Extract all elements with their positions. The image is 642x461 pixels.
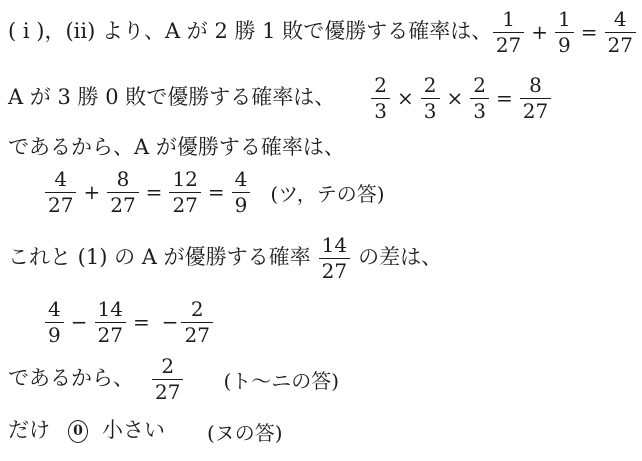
fraction-numerator: 12 — [169, 168, 200, 192]
fraction-denominator: 27 — [95, 322, 126, 347]
fraction-2-3: 2 3 — [470, 74, 489, 123]
circled-zero-choice-symbol: 0 — [68, 420, 88, 443]
fraction-4-9: 4 9 — [45, 298, 64, 347]
math-solution-document: ( i )，(ii) より、A が 2 勝 1 敗で優勝する確率は、 1 27 … — [0, 0, 642, 461]
solution-line-7: であるから、 2 27 (ト～ニの答) — [8, 352, 339, 406]
fraction-numerator: 2 — [470, 74, 489, 98]
line2-text: A が 3 勝 0 敗で優勝する確率は、 — [8, 84, 335, 111]
fraction-numerator: 2 — [188, 298, 207, 322]
fraction-1-27: 1 27 — [493, 8, 524, 57]
fraction-denominator: 27 — [181, 322, 212, 347]
fraction-numerator: 14 — [95, 298, 126, 322]
fraction-numerator: 1 — [499, 8, 518, 32]
fraction-numerator: 8 — [526, 74, 545, 98]
fraction-denominator: 27 — [493, 32, 524, 57]
line1-text: ( i )，(ii) より、A が 2 勝 1 敗で優勝する確率は、 — [8, 18, 492, 45]
fraction-denominator: 9 — [232, 192, 251, 217]
equals-operator: = — [581, 20, 598, 44]
line8-text-after: 小さい — [102, 417, 165, 444]
fraction-14-27: 14 27 — [319, 234, 350, 283]
fraction-numerator: 2 — [421, 74, 440, 98]
fraction-1-9: 1 9 — [555, 8, 574, 57]
fraction-2-27: 2 27 — [181, 298, 212, 347]
solution-line-3: であるから、A が優勝する確率は、 — [8, 132, 345, 164]
fraction-numerator: 2 — [158, 355, 177, 379]
fraction-4-27: 4 27 — [605, 8, 636, 57]
answer-note-nu: (ヌの答) — [207, 417, 283, 446]
fraction-numerator: 4 — [611, 8, 630, 32]
line7-fraction: 2 27 — [152, 355, 183, 404]
fraction-2-27: 2 27 — [152, 355, 183, 404]
line5-inline-fraction: 14 27 — [319, 234, 350, 283]
fraction-12-27: 12 27 — [169, 168, 200, 217]
fraction-numerator: 8 — [114, 168, 133, 192]
equals-operator: = — [146, 180, 163, 204]
solution-line-5: これと (1) の A が優勝する確率 14 27 の差は、 — [8, 228, 442, 288]
solution-line-8: だけ 0 小さい (ヌの答) — [8, 412, 283, 450]
fraction-numerator: 14 — [319, 234, 350, 258]
solution-line-2: A が 3 勝 0 敗で優勝する確率は、 2 3 × 2 3 × 2 3 = 8… — [8, 70, 551, 126]
fraction-denominator: 27 — [520, 98, 551, 123]
fraction-denominator: 27 — [152, 379, 183, 404]
fraction-denominator: 27 — [107, 192, 138, 217]
line7-text: であるから、 — [8, 365, 134, 392]
answer-note-tsu-te: (ツ，テの答) — [270, 178, 384, 207]
equals-operator: = — [133, 310, 150, 334]
fraction-denominator: 27 — [169, 192, 200, 217]
fraction-2-3: 2 3 — [371, 74, 390, 123]
fraction-denominator: 3 — [371, 98, 390, 123]
fraction-14-27: 14 27 — [95, 298, 126, 347]
fraction-denominator: 27 — [605, 32, 636, 57]
solution-line-6: 4 9 − 14 27 = − 2 27 — [45, 292, 213, 352]
line6-equation: 4 9 − 14 27 = − 2 27 — [45, 298, 213, 347]
fraction-denominator: 3 — [421, 98, 440, 123]
equals-operator: = — [496, 86, 513, 110]
fraction-denominator: 3 — [470, 98, 489, 123]
plus-operator: + — [531, 20, 548, 44]
fraction-numerator: 4 — [45, 298, 64, 322]
fraction-denominator: 27 — [319, 258, 350, 283]
fraction-denominator: 9 — [45, 322, 64, 347]
fraction-4-9: 4 9 — [232, 168, 251, 217]
line1-equation: 1 27 + 1 9 = 4 27 — [493, 8, 636, 57]
fraction-4-27: 4 27 — [45, 168, 76, 217]
fraction-numerator: 4 — [232, 168, 251, 192]
equals-operator: = — [208, 180, 225, 204]
times-operator: × — [447, 86, 464, 110]
fraction-numerator: 1 — [555, 8, 574, 32]
fraction-8-27: 8 27 — [107, 168, 138, 217]
line3-text: であるから、A が優勝する確率は、 — [8, 134, 345, 161]
fraction-numerator: 4 — [51, 168, 70, 192]
fraction-2-3: 2 3 — [421, 74, 440, 123]
times-operator: × — [397, 86, 414, 110]
fraction-denominator: 27 — [45, 192, 76, 217]
minus-operator: − — [71, 310, 88, 334]
line4-equation: 4 27 + 8 27 = 12 27 = 4 9 — [45, 168, 250, 217]
plus-operator: + — [83, 180, 100, 204]
solution-line-4: 4 27 + 8 27 = 12 27 = 4 9 (ツ，テの答) — [45, 164, 385, 220]
negative-sign: − — [162, 310, 179, 334]
line2-equation: 2 3 × 2 3 × 2 3 = 8 27 — [371, 74, 551, 123]
solution-line-1: ( i )，(ii) より、A が 2 勝 1 敗で優勝する確率は、 1 27 … — [8, 5, 636, 59]
line5-text-after: の差は、 — [358, 244, 442, 271]
fraction-8-27: 8 27 — [520, 74, 551, 123]
line8-text-before: だけ — [8, 417, 50, 444]
fraction-numerator: 2 — [371, 74, 390, 98]
answer-note-to-ni: (ト～ニの答) — [223, 365, 339, 394]
fraction-denominator: 9 — [555, 32, 574, 57]
line5-text-before: これと (1) の A が優勝する確率 — [8, 244, 311, 271]
